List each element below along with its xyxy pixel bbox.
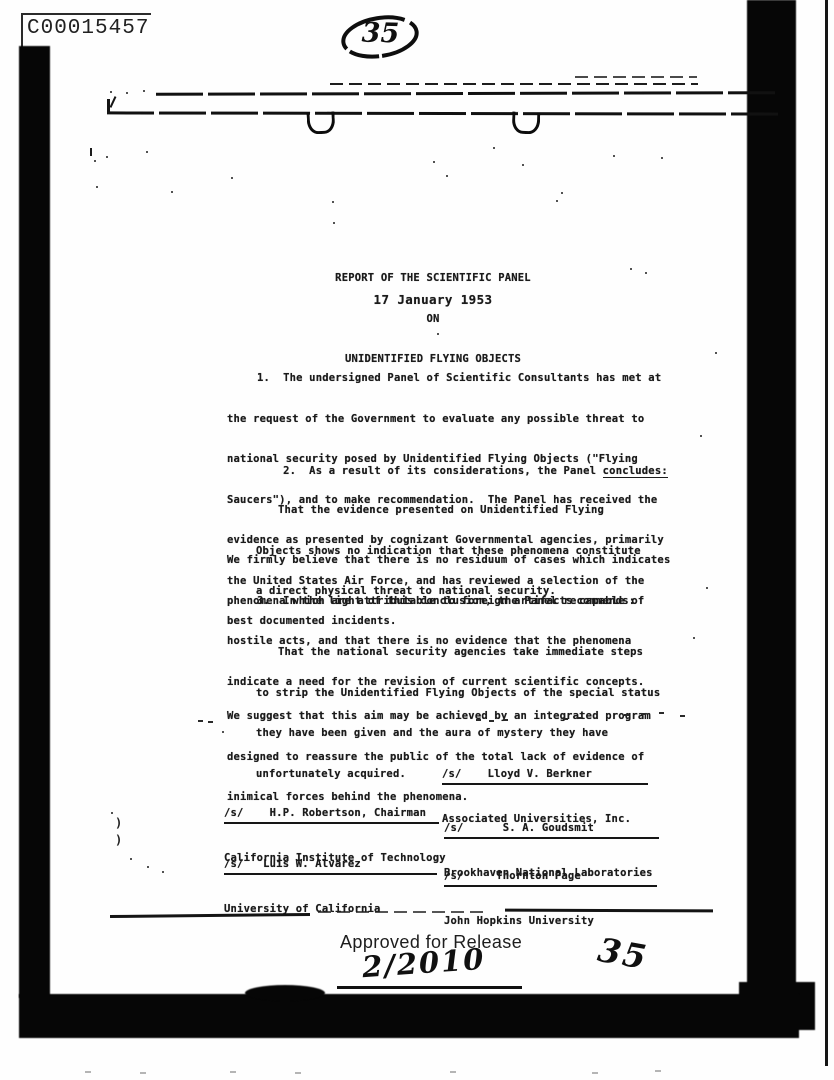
signature-line: /s/ H.P. Robertson, Chairman [224,807,439,824]
body-line: the request of the Government to evaluat… [227,413,664,427]
margin-paren-mark: ) [115,816,122,830]
lower-scratch-middle [318,911,483,913]
body-line: We suggest that this aim may be achieved… [227,710,651,724]
scratch-line-top-short [575,76,697,78]
margin-paren-mark: ) [115,833,122,847]
scratch-line-long-lower [107,111,780,115]
scratch-hook-slash [110,96,117,108]
page-number-handwritten: 35 [595,930,651,977]
title-line-1: REPORT OF THE SCIENTIFIC PANEL [302,272,564,286]
circled-number-text: 35 [361,18,399,50]
right-edge-line [825,0,828,1066]
body-line: 1. The undersigned Panel of Scientific C… [227,372,664,386]
approval-date-handwritten: 2/2010 [361,942,487,985]
left-scan-border [19,46,50,998]
doc-id-frame-top [21,13,151,15]
signature-org: John Hopkins University [444,914,657,929]
scanned-document-page: C00015457 35 REPORT OF THE SCIENTIFIC PA… [0,0,834,1080]
document-id: C00015457 [27,17,149,40]
scratch-line-dashed [330,83,698,85]
body-line: That the evidence presented on Unidentif… [256,504,641,518]
body-line: That the national security agencies take… [256,646,660,660]
paragraph-3-heading: 3. In the light of this conclusion, the … [257,595,635,609]
circled-number-stamp: 35 [336,8,424,65]
signature-alvarez: /s/ Luis W. Alvarez University of Califo… [224,831,437,943]
approval-date-underline [337,986,522,989]
report-date: 17 January 1953 [302,293,564,307]
signature-line: /s/ Thornton Page [444,870,657,887]
paragraph-2-underlined-word: concludes: [603,465,668,479]
signature-line: /s/ S. A. Goudsmit [444,822,659,839]
scratch-line-long-upper [156,91,776,96]
signature-line: /s/ Lloyd V. Berkner [442,768,648,785]
signature-line: /s/ Luis W. Alvarez [224,858,437,875]
body-line: We firmly believe that there is no resid… [227,554,670,568]
bottom-scan-border [19,994,799,1038]
paragraph-2-prefix: 2. As a result of its considerations, th… [283,465,603,477]
title-line-2: ON [302,313,564,327]
staple-mark-left [306,111,335,134]
staple-mark-right [512,112,541,135]
bottom-border-bump [245,985,325,1001]
right-scan-border [747,0,796,1020]
